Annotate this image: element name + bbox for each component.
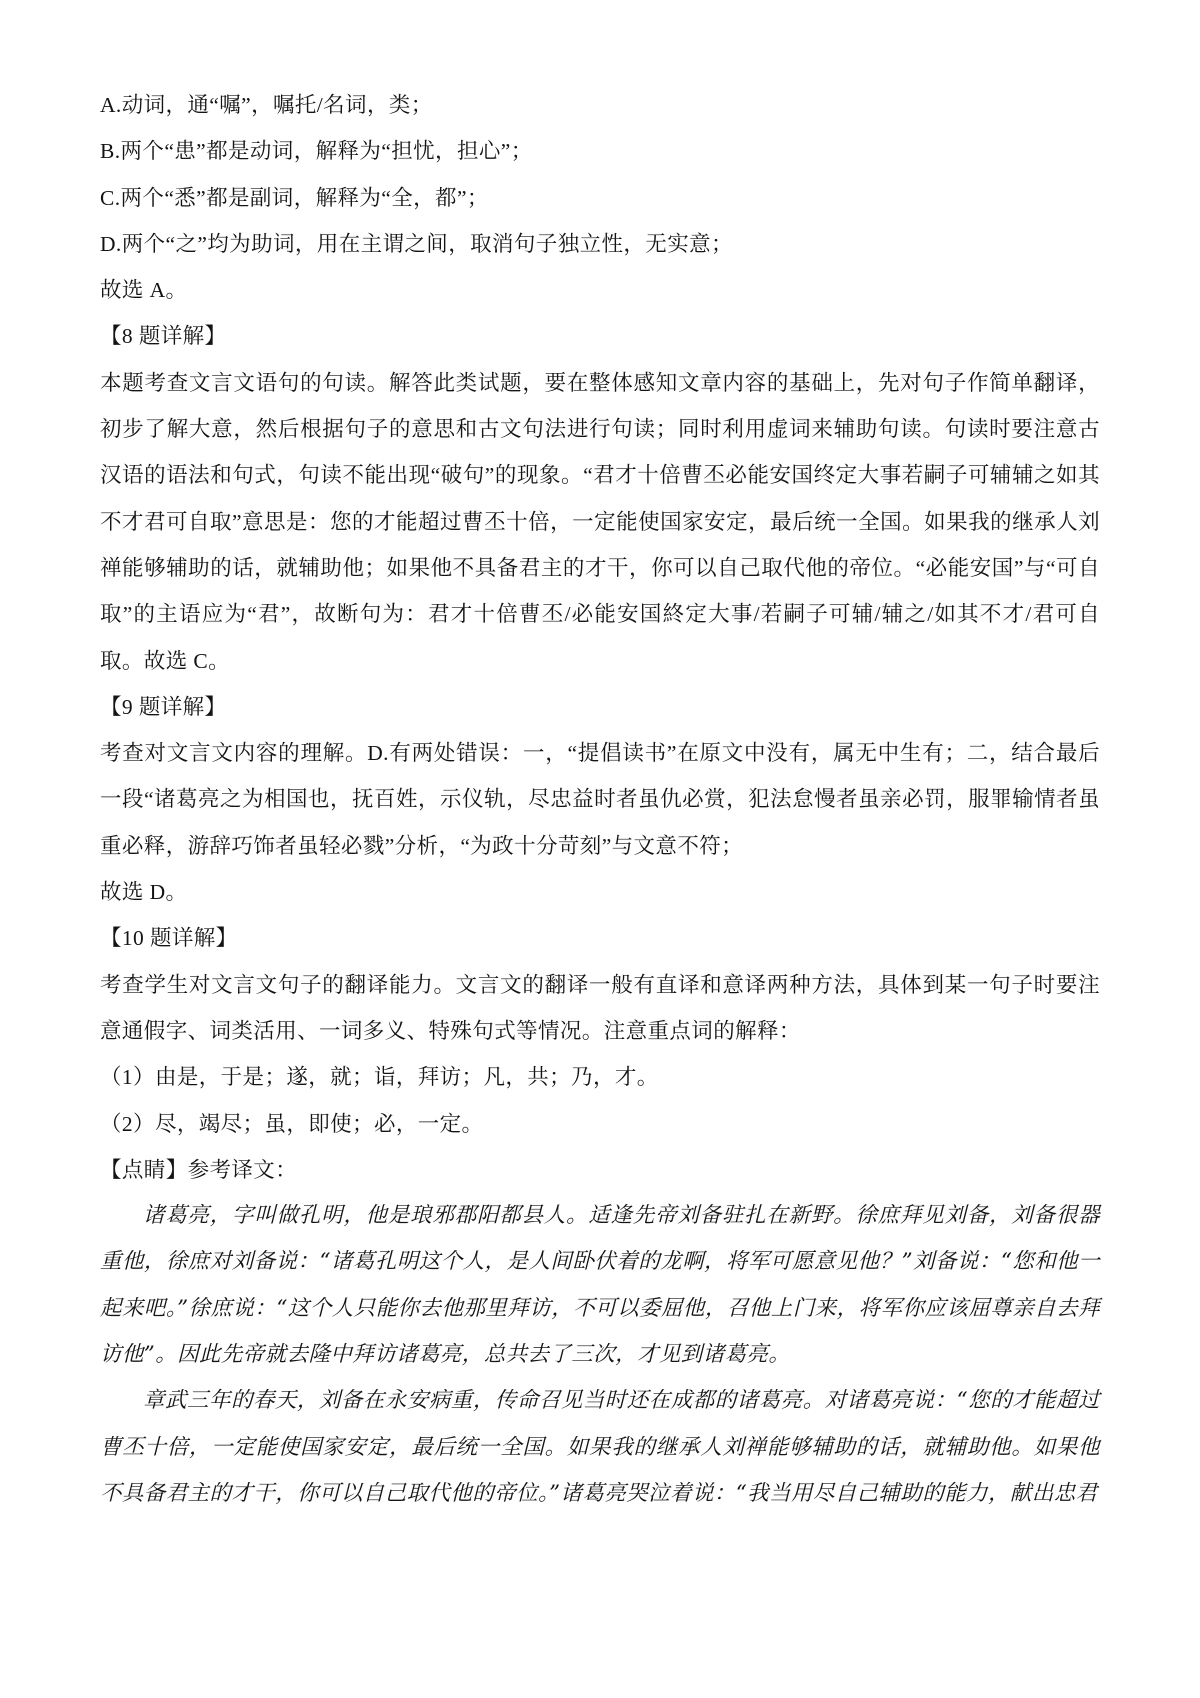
question-10-explanation: 考查学生对文言文句子的翻译能力。文言文的翻译一般有直译和意译两种方法，具体到某一…	[100, 962, 1100, 1055]
document-page: A.动词，通“嘱”，嘱托/名词，类； B.两个“患”都是动词，解释为“担忧，担心…	[0, 0, 1200, 1698]
option-c-analysis-line: C.两个“悉”都是副词，解释为“全，都”；	[100, 175, 1100, 221]
key-word-note-2-line: （2）尽，竭尽；虽，即使；必，一定。	[100, 1101, 1100, 1147]
option-b-analysis-line: B.两个“患”都是动词，解释为“担忧，担心”；	[100, 128, 1100, 174]
answer-choice-d-line: 故选 D。	[100, 869, 1100, 915]
key-word-note-1-line: （1）由是，于是；遂，就；诣，拜访；凡，共；乃，才。	[100, 1054, 1100, 1100]
answer-choice-a-line: 故选 A。	[100, 267, 1100, 313]
question-8-explanation: 本题考查文言文语句的句读。解答此类试题，要在整体感知文章内容的基础上，先对句子作…	[100, 360, 1100, 684]
question-9-section-header: 【9 题详解】	[100, 684, 1100, 730]
translation-paragraph-1: 诸葛亮，字叫做孔明，他是琅邪郡阳都县人。适逢先帝刘备驻扎在新野。徐庶拜见刘备，刘…	[100, 1193, 1100, 1378]
option-a-analysis-line: A.动词，通“嘱”，嘱托/名词，类；	[100, 82, 1100, 128]
question-10-section-header: 【10 题详解】	[100, 915, 1100, 961]
translation-paragraph-2: 章武三年的春天，刘备在永安病重，传命召见当时还在成都的诸葛亮。对诸葛亮说：“您的…	[100, 1378, 1100, 1517]
question-9-explanation: 考查对文言文内容的理解。D.有两处错误：一，“提倡读书”在原文中没有，属无中生有…	[100, 730, 1100, 869]
option-d-analysis-line: D.两个“之”均为助词，用在主谓之间，取消句子独立性，无实意；	[100, 221, 1100, 267]
reference-translation-header: 【点睛】参考译文：	[100, 1147, 1100, 1193]
question-8-section-header: 【8 题详解】	[100, 313, 1100, 359]
